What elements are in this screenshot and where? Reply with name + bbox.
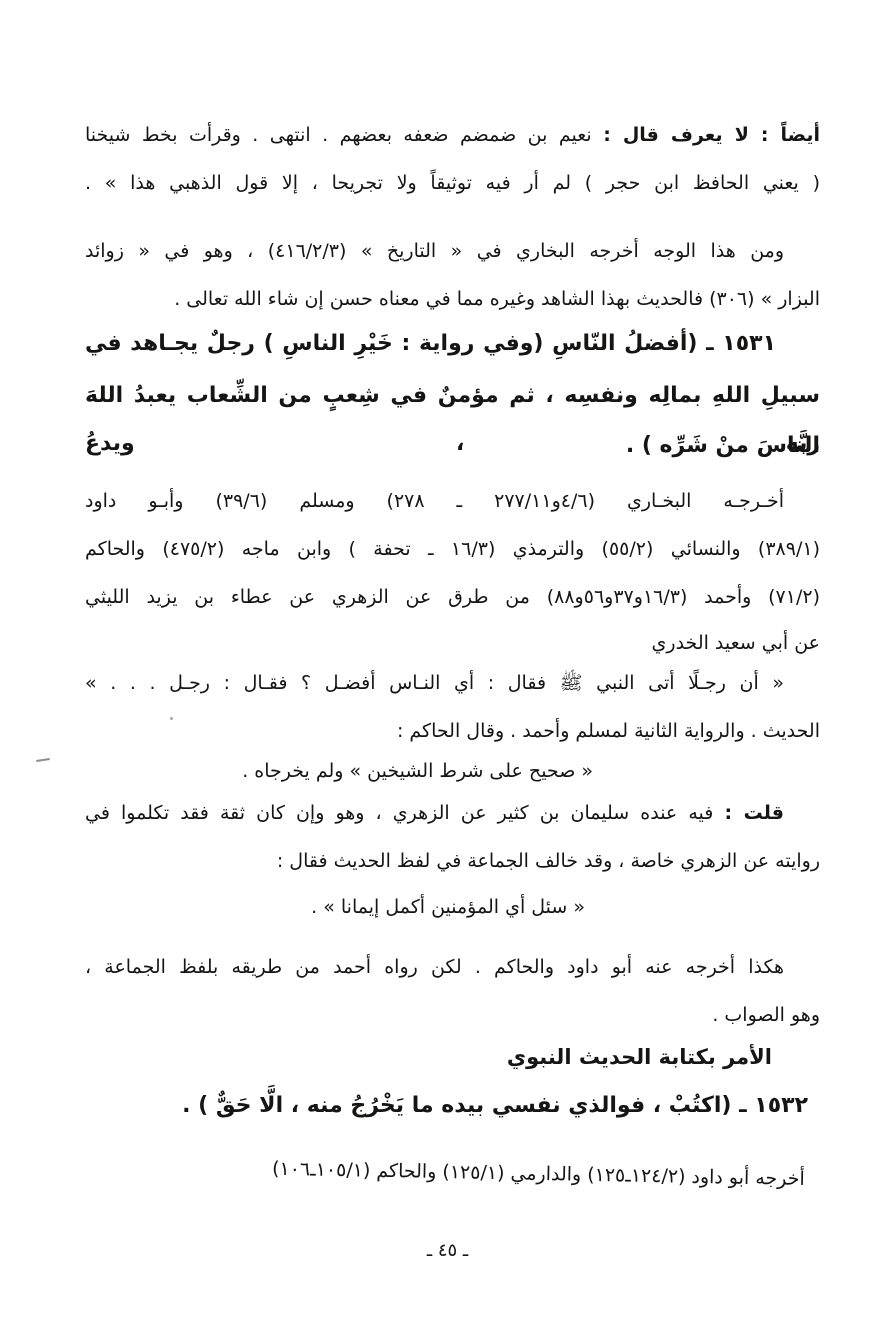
qultu-line1-rest: فيه عنده سليمان بن كثير عن الزهري ، وهو … (85, 802, 724, 824)
takhrij-1531-line1: أخـرجـه البخـاري (٤/٦و٢٧٧/١١ ـ ٢٧٨) ومسل… (85, 480, 820, 522)
qultu-lead: قلت : (724, 802, 784, 824)
hadith-1531-matn-line2: سبيلِ اللهِ بمالِه ونفسِه ، ثم مؤمنٌ في … (85, 372, 820, 420)
takhrij-1531-line4: عن أبي سعيد الخدري (652, 622, 820, 664)
para1-line1: أيضاً : لا يعرف قال : نعيم بن ضمضم ضعفه … (85, 114, 820, 156)
takhrij-1531-line3: (٧١/٢) وأحمد (١٦/٣و٣٧و٥٦و٨٨) من طرق عن ا… (85, 576, 820, 618)
para2-line2: البزار » (٣٠٦) فالحديث بهذا الشاهد وغيره… (174, 278, 820, 320)
para1-line1-rest: نعيم بن ضمضم ضعفه بعضهم . انتهى . وقرأت … (85, 124, 603, 146)
qultu-line1: قلت : فيه عنده سليمان بن كثير عن الزهري … (85, 792, 820, 834)
para1-lead: أيضاً : لا يعرف قال : (603, 124, 820, 146)
takhrij-1531-line2: (٣٨٩/١) والنسائي (٥٥/٢) والترمذي (١٦/٣ ـ… (85, 528, 820, 570)
hadith-1531-matn-line1: ١٥٣١ ـ (أفضلُ النّاسِ (وفي رواية : خَيْر… (85, 320, 820, 368)
hakadha-line1: هكذا أخرجه عنه أبو داود والحاكم . لكن رو… (85, 946, 820, 988)
sabab-quote-line2: الحديث . والرواية الثانية لمسلم وأحمد . … (397, 710, 820, 752)
qultu-line2: روايته عن الزهري خاصة ، وقد خالف الجماعة… (277, 840, 820, 882)
para1-line2: ( يعني الحافظ ابن حجر ) لم أر فيه توثيقا… (85, 162, 820, 204)
takhrij-1532-line: أخرجه أبو داود (١٢٤/٢ـ١٢٥) والدارمي (١٢٥… (272, 1148, 805, 1200)
hadith-1532-matn: ١٥٣٢ ـ (اكتُبْ ، فوالذي نفسي بيده ما يَخ… (182, 1082, 808, 1130)
page-number: ـ ٤٥ ـ (0, 1240, 895, 1261)
sabab-quote-line1: « أن رجـلًا أتى النبي ﷺ فقال : أي النـاس… (85, 662, 820, 704)
scan-artifact-dot (170, 717, 173, 720)
section-heading: الأمر بكتابة الحديث النبوي (507, 1036, 772, 1078)
para2-line1: ومن هذا الوجه أخرجه البخاري في « التاريخ… (85, 230, 820, 272)
scan-artifact-dash (36, 758, 50, 762)
suila-quote: « سئل أي المؤمنين أكمل إيمانا » . (311, 886, 585, 928)
hakadha-line2: وهو الصواب . (712, 994, 820, 1036)
hadith-1531-matn-line3: الناسَ منْ شَرِّه ) . (626, 422, 820, 470)
hakim-quote: « صحيح على شرط الشيخين » ولم يخرجاه . (242, 750, 593, 792)
book-page: أيضاً : لا يعرف قال : نعيم بن ضمضم ضعفه … (0, 0, 895, 1342)
